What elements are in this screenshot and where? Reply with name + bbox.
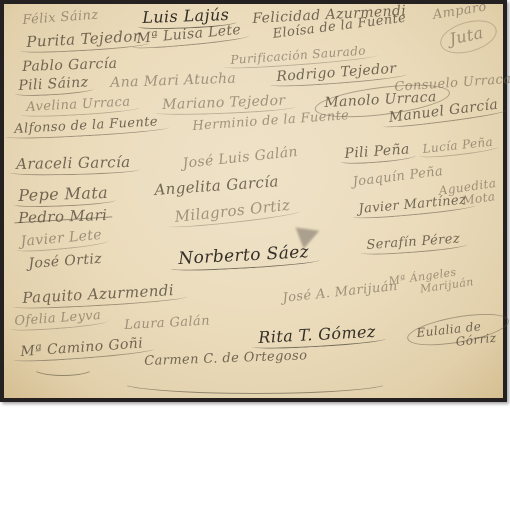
signature: Araceli García [16, 155, 131, 173]
signature: Pepe Mata [18, 185, 108, 205]
signature-text: Mariano Tejedor [162, 94, 286, 113]
signature: José Luis Galán [182, 145, 299, 172]
signature-text: Pablo García [22, 57, 118, 75]
signature-text: Carmen C. de Ortegoso [144, 349, 308, 368]
signature-text: Paquito Azurmendi [22, 283, 174, 307]
signature: Mª Camino Goñi [20, 336, 144, 359]
signature: Mariano Tejedor [162, 94, 286, 113]
signature-text: Milagros Ortiz [174, 198, 291, 226]
signature: Paquito Azurmendi [22, 283, 174, 307]
signature-text: Pili Peña [344, 142, 410, 161]
signature: Norberto Sáez [178, 244, 310, 269]
signature: Juta [448, 25, 485, 49]
signature-text: Pedro Mari [18, 208, 108, 227]
signature: Rita T. Gómez [258, 324, 376, 347]
signature: Laura Galán [124, 315, 210, 333]
signature-text: Joaquín Peña [352, 165, 444, 190]
signature-text: José Ortiz [28, 252, 102, 272]
signature: José A. Marijuán [282, 280, 398, 306]
signature: Ana Mari Atucha [110, 72, 236, 91]
signature-text: Serafín Pérez [366, 232, 461, 252]
signature: Joaquín Peña [352, 165, 444, 190]
signature-text: Laura Galán [124, 315, 210, 333]
signature-text: Pili Sáinz [18, 75, 89, 93]
signature: Ofelia Leyva [14, 309, 102, 329]
signature: Avelina Urraca [26, 96, 131, 115]
signature: José Ortiz [28, 252, 102, 272]
signature-text: Purita Tejedor [26, 29, 141, 51]
signature: Javier Lete [20, 228, 103, 250]
signature-text: Javier Lete [20, 228, 103, 250]
scanned-signature-page: Félix SáinzLuis LajúsFelicidad Azurmendi… [0, 0, 507, 402]
signature: Angelita García [154, 174, 279, 198]
small-flourish-stroke [32, 360, 94, 376]
signature-text: Norberto Sáez [178, 244, 310, 269]
signature: Milagros Ortiz [174, 198, 291, 226]
signature: Pablo García [22, 57, 118, 75]
signature: Pili Sáinz [18, 75, 89, 93]
screenshot-canvas: Félix SáinzLuis LajúsFelicidad Azurmendi… [0, 0, 510, 510]
signature-text: Avelina Urraca [26, 96, 131, 115]
signature: Eulalia deGórriz [416, 319, 497, 352]
signature-text: Pepe Mata [18, 185, 108, 205]
signature: Pedro Mari [18, 208, 108, 227]
pencil-smudge [293, 227, 320, 250]
signature-text: José A. Marijuán [282, 280, 398, 306]
signature: Lucía Peña [422, 136, 494, 156]
signature-text: José Luis Galán [182, 145, 299, 172]
signature-text: Ofelia Leyva [14, 309, 102, 329]
signature-text: Alfonso de la Fuente [14, 115, 158, 136]
signature-text: Rita T. Gómez [258, 324, 376, 347]
signature-text: Félix Sáinz [22, 9, 99, 28]
large-flourish-stroke [119, 370, 391, 394]
signature: Purita Tejedor [26, 29, 141, 51]
signature: Serafín Pérez [366, 232, 461, 252]
signature-text: Juta [448, 25, 485, 49]
signature-text: Javier Martínez [358, 194, 467, 217]
signature-text: Araceli García [16, 155, 131, 173]
signature: Félix Sáinz [22, 9, 99, 28]
signature-text: Mª Camino Goñi [20, 336, 144, 359]
signature-text: Angelita García [154, 174, 279, 198]
signature-text: Lucía Peña [422, 136, 494, 156]
signature: Alfonso de la Fuente [14, 115, 158, 136]
signature: Carmen C. de Ortegoso [144, 349, 308, 368]
signature-text: Górriz [455, 331, 497, 348]
signature: Javier Martínez [358, 194, 467, 217]
signature: Pili Peña [344, 142, 410, 161]
signature-text: Ana Mari Atucha [110, 72, 236, 91]
signature: Mª ÁngelesMarijuán [388, 264, 474, 299]
